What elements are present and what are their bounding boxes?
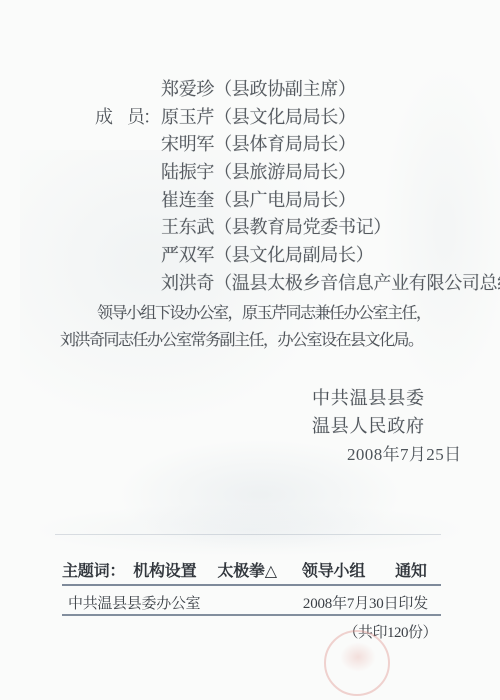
signature-org: 温县人民政府 [312, 412, 425, 438]
member-list: 郑爱珍（县政协副主席） 成 员： 原玉芹（县文化局局长） 宋明军（县体育局局长）… [0, 75, 500, 297]
member-name: 陆振宇（县旅游局局长） [161, 158, 356, 184]
member-name: 严双军（县文化局副局长） [161, 241, 373, 267]
footer-rule-top [55, 534, 441, 535]
subject-keyword: 领导小组 [302, 558, 365, 581]
list-item: 崔连奎（县广电局局长） [0, 186, 500, 214]
subject-keyword: 机构设置 [133, 558, 196, 581]
print-date: 2008年7月30日印发 [303, 592, 428, 613]
list-item: 郑爱珍（县政协副主席） [0, 75, 500, 103]
member-name: 原玉芹（县文化局局长） [161, 103, 356, 129]
subject-keyword: 太极拳△ [217, 558, 277, 581]
member-name: 郑爱珍（县政协副主席） [161, 75, 356, 101]
members-label: 成 员： [95, 103, 159, 129]
office-paragraph-line: 刘洪奇同志任办公室常务副主任，办公室设在县文化局。 [60, 327, 423, 350]
member-name: 宋明军（县体育局局长） [161, 130, 356, 156]
subject-label: 主题词： [62, 558, 125, 581]
signature-date: 2008年7月25日 [347, 440, 462, 465]
issuer-office: 中共温县县委办公室 [68, 592, 200, 613]
scanned-document-page: 郑爱珍（县政协副主席） 成 员： 原玉芹（县文化局局长） 宋明军（县体育局局长）… [0, 0, 500, 700]
list-item: 刘洪奇（温县太极乡音信息产业有限公司总经理） [0, 269, 500, 297]
official-round-seal-icon [324, 630, 390, 696]
list-item: 宋明军（县体育局局长） [0, 130, 500, 158]
member-name: 刘洪奇（温县太极乡音信息产业有限公司总经理） [161, 269, 500, 295]
footer-rule-middle [62, 584, 441, 586]
office-paragraph-line: 领导小组下设办公室，原玉芹同志兼任办公室主任， [97, 300, 431, 323]
list-item: 严双军（县文化局副局长） [0, 241, 500, 269]
member-name: 王东武（县教育局党委书记） [161, 213, 391, 239]
footer-rule-bottom [62, 614, 441, 616]
list-item: 王东武（县教育局党委书记） [0, 213, 500, 241]
signature-org: 中共温县县委 [312, 384, 425, 410]
subject-keyword: 通知 [395, 558, 427, 581]
subject-keywords-row: 主题词： 机构设置 太极拳△ 领导小组 通知 [62, 558, 427, 581]
scan-smudge [40, 505, 460, 555]
list-item: 陆振宇（县旅游局局长） [0, 158, 500, 186]
member-name: 崔连奎（县广电局局长） [161, 186, 356, 212]
list-item: 成 员： 原玉芹（县文化局局长） [0, 103, 500, 131]
